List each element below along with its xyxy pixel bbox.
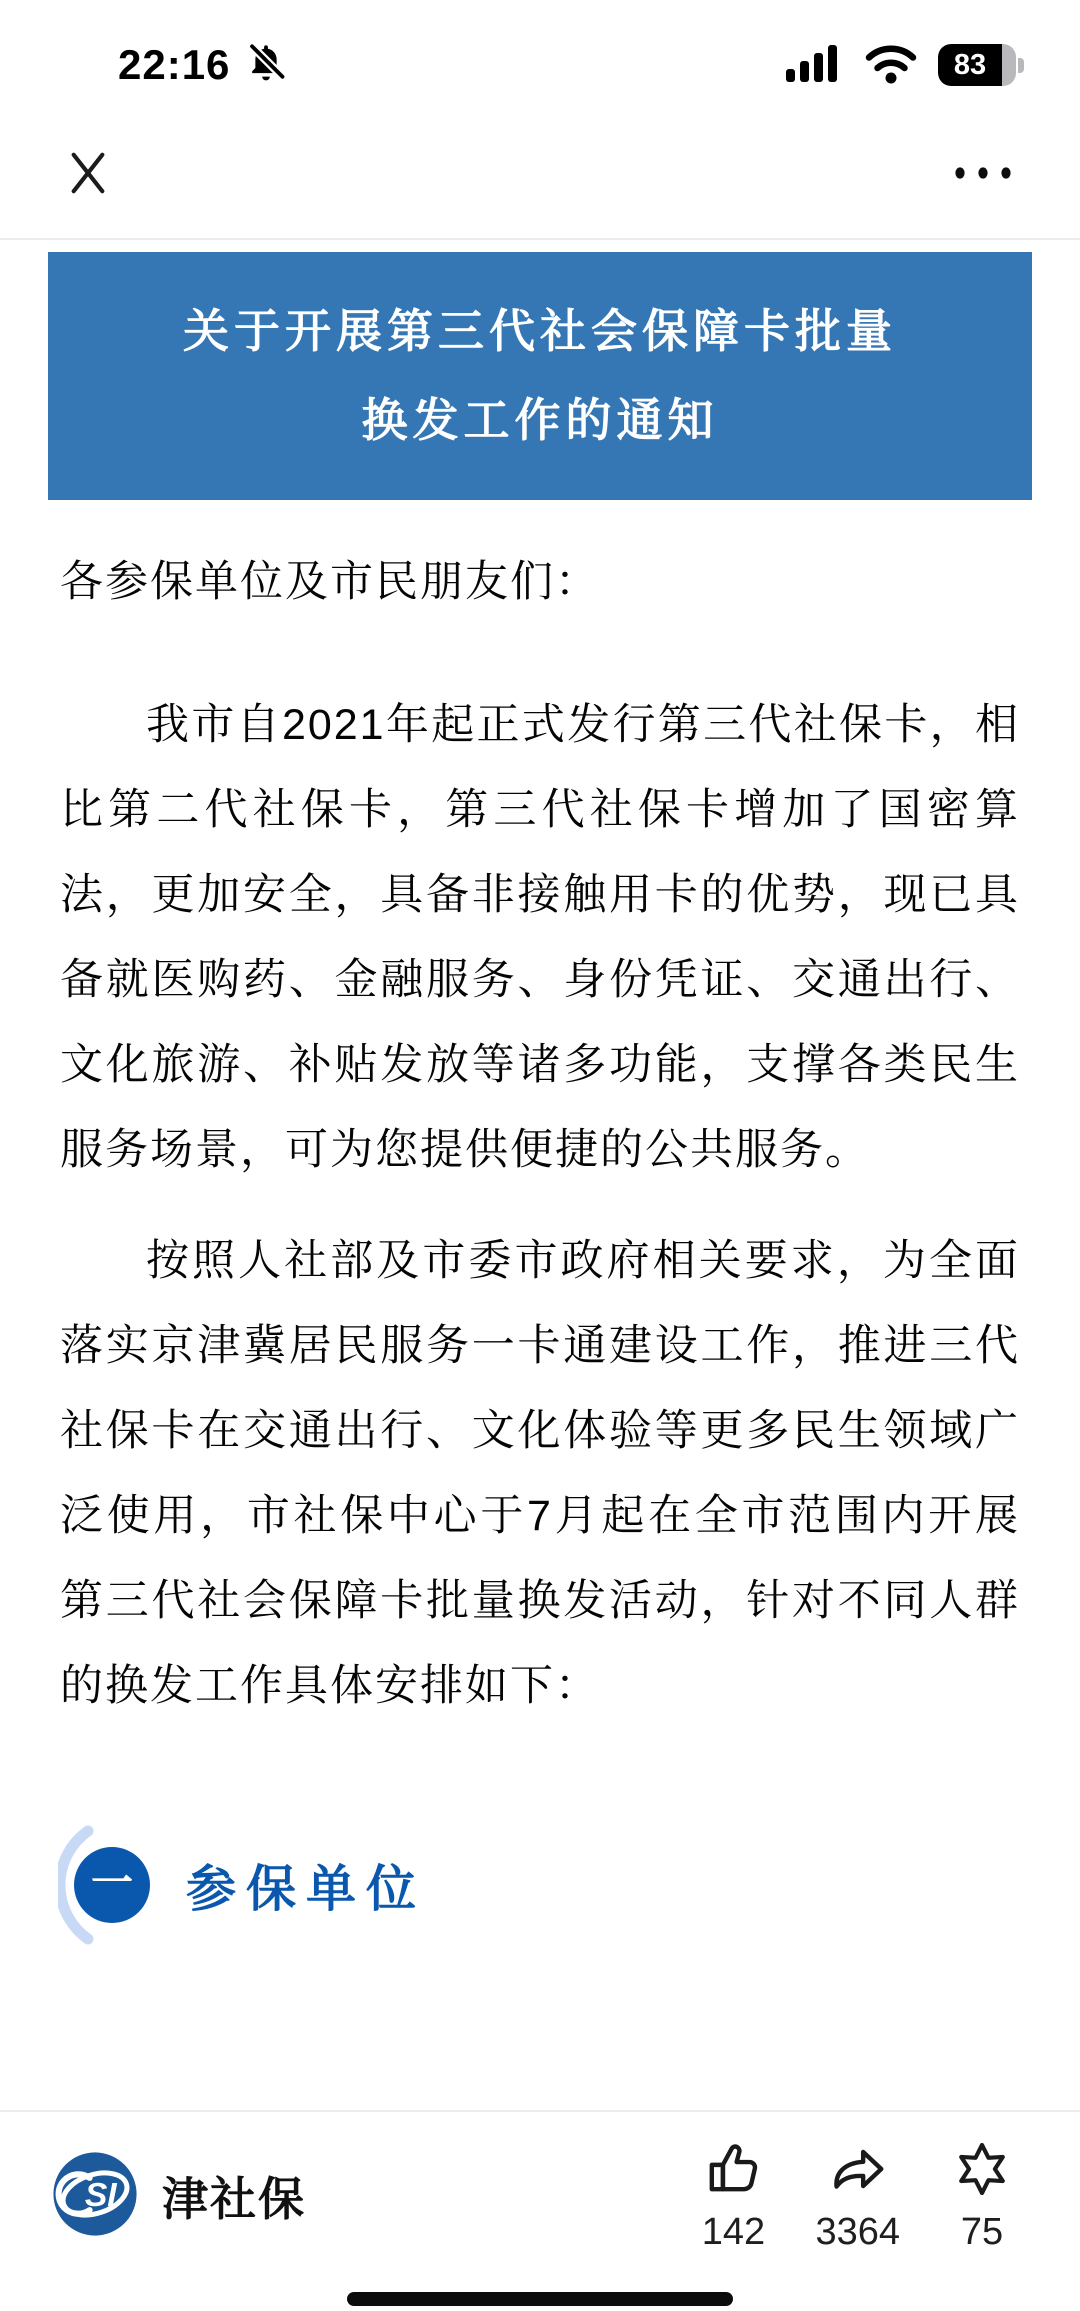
footer-actions: 142 3364 75 xyxy=(693,2138,1028,2254)
social-insurance-logo-icon: SI xyxy=(52,2151,138,2242)
nav-bar xyxy=(0,112,1080,240)
share-button[interactable]: 3364 xyxy=(815,2138,900,2254)
star-badge-count: 75 xyxy=(961,2211,1003,2254)
bell-muted-icon xyxy=(244,41,288,90)
thumbs-up-icon xyxy=(702,2138,764,2205)
account-info[interactable]: SI 津社保 xyxy=(52,2151,306,2242)
article-paragraph-1: 我市自2021年起正式发行第三代社保卡，相比第二代社保卡，第三代社保卡增加了国密… xyxy=(60,683,1020,1193)
close-icon[interactable] xyxy=(62,145,114,206)
share-arrow-icon xyxy=(827,2138,889,2205)
like-count: 142 xyxy=(702,2211,765,2254)
star-badge-button[interactable]: 75 xyxy=(942,2138,1022,2254)
section-header-units: 一 参保单位 xyxy=(62,1829,1020,1941)
status-bar: 22:16 xyxy=(0,0,1080,112)
svg-text:SI: SI xyxy=(85,2177,117,2214)
banner-title-line2: 换发工作的通知 xyxy=(362,376,719,465)
more-icon[interactable] xyxy=(948,158,1018,193)
article-body: 各参保单位及市民朋友们： 我市自2021年起正式发行第三代社保卡，相比第二代社保… xyxy=(0,540,1080,1941)
section-title: 参保单位 xyxy=(186,1849,426,1921)
footer-bar: SI 津社保 142 xyxy=(0,2110,1080,2290)
section-number-badge: 一 xyxy=(74,1847,150,1923)
signal-icon xyxy=(780,43,844,88)
app-screen: 22:16 xyxy=(0,0,1080,2311)
article-paragraph-2: 按照人社部及市委市政府相关要求，为全面落实京津冀居民服务一卡通建设工作，推进三代… xyxy=(60,1219,1020,1729)
banner-title-line1: 关于开展第三代社会保障卡批量 xyxy=(183,287,897,376)
section-number: 一 xyxy=(91,1862,133,1904)
wifi-icon xyxy=(862,41,920,90)
title-banner: 关于开展第三代社会保障卡批量 换发工作的通知 xyxy=(48,252,1032,500)
like-button[interactable]: 142 xyxy=(693,2138,773,2254)
status-time: 22:16 xyxy=(118,41,230,89)
article-greeting: 各参保单位及市民朋友们： xyxy=(60,540,1020,625)
star-badge-icon xyxy=(951,2138,1013,2205)
account-name: 津社保 xyxy=(162,2163,306,2229)
battery-icon: 83 xyxy=(938,44,1024,86)
share-count: 3364 xyxy=(815,2211,900,2254)
home-indicator[interactable] xyxy=(347,2292,733,2306)
battery-percent: 83 xyxy=(954,49,986,82)
